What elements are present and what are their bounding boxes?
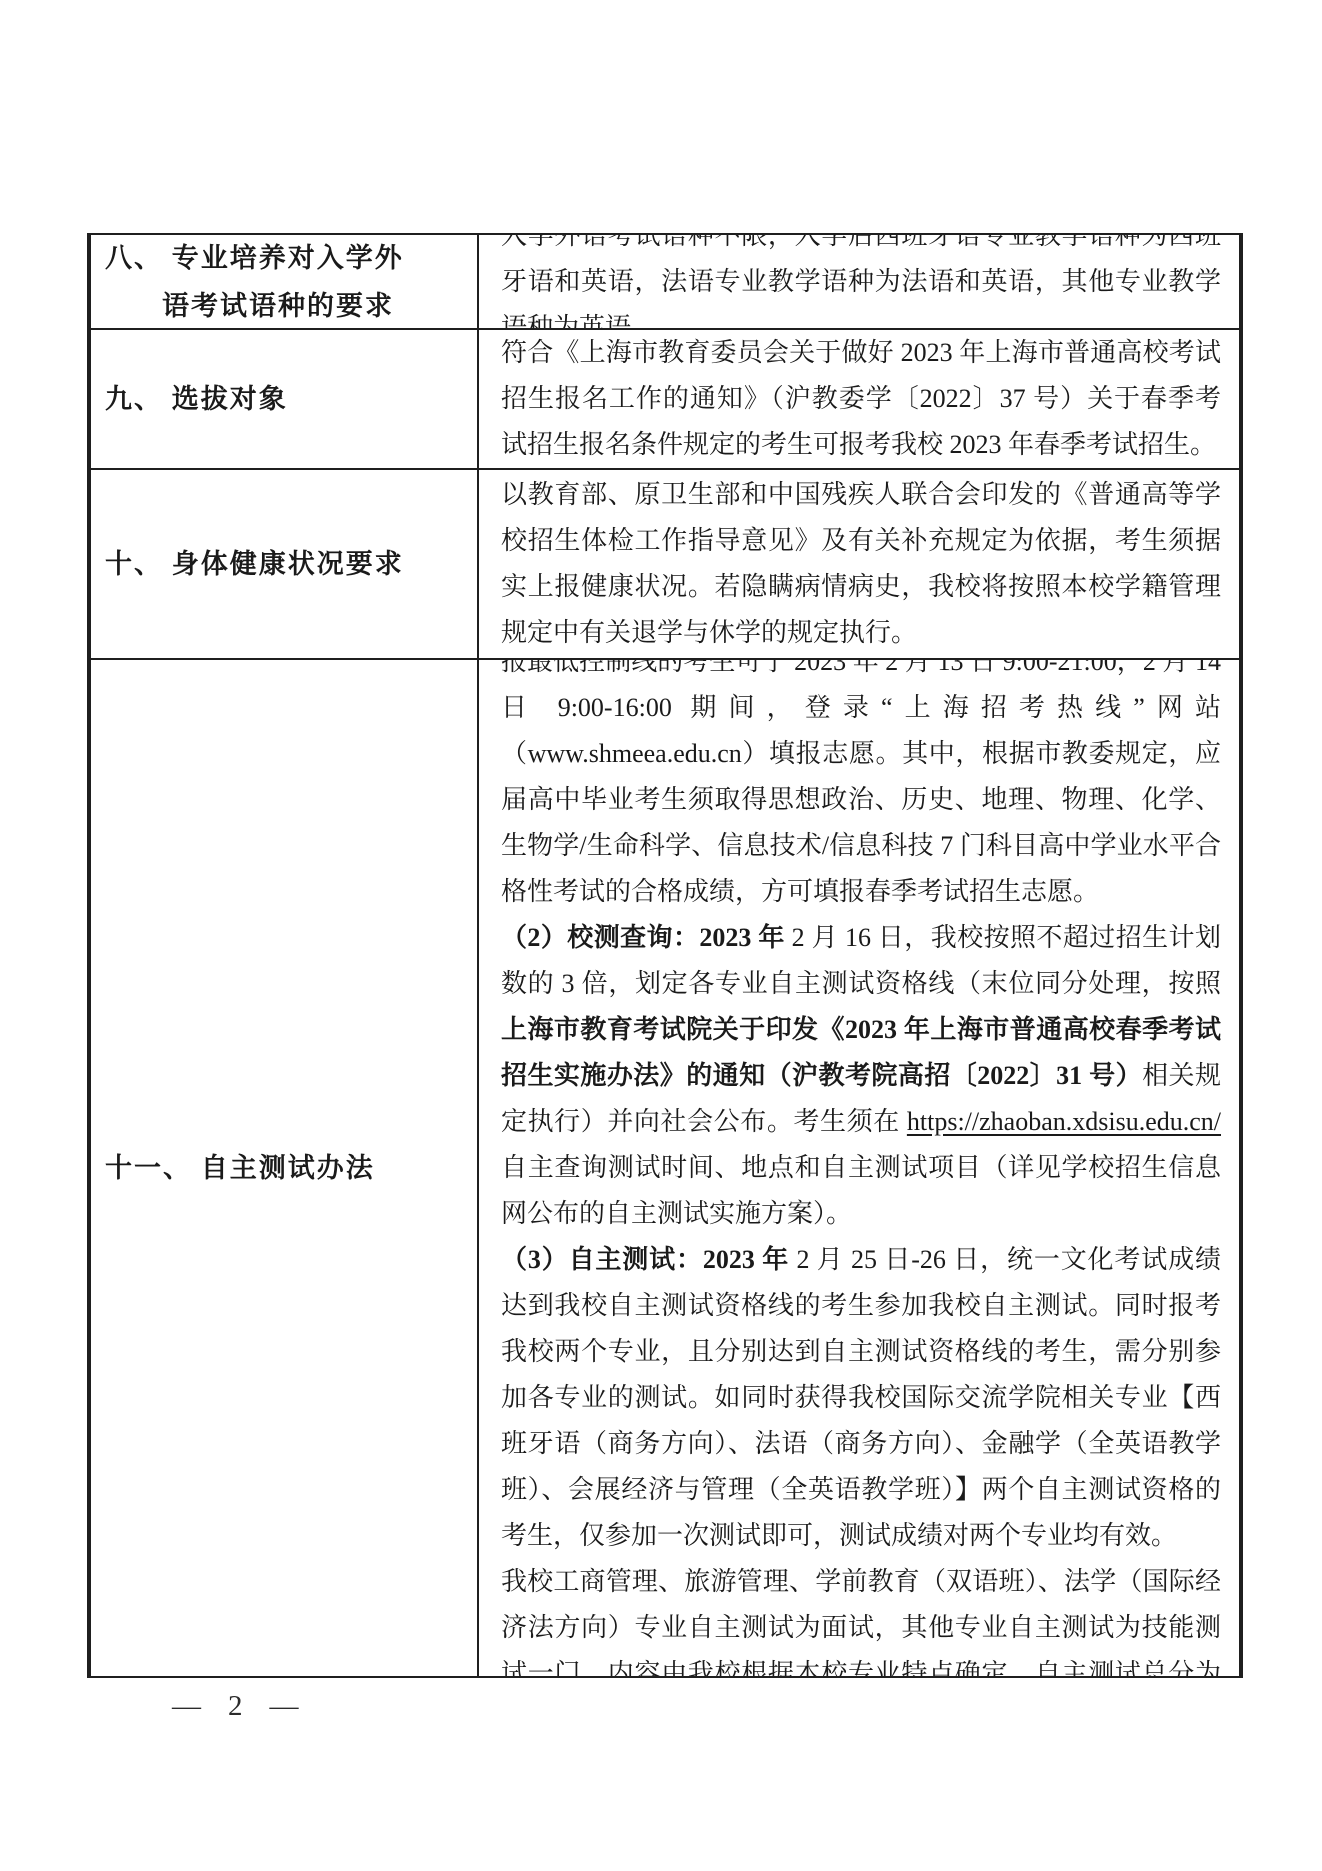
- text-segment: 2 月 25 日-26 日，统一文化考试成绩达到我校自主测试资格线的考生参加我校…: [501, 1245, 1221, 1550]
- row-header-text: 语考试语种的要求: [105, 282, 469, 330]
- row-header-text: 十一、 自主测试办法: [105, 1144, 469, 1192]
- row-header-cell: 九、 选拔对象: [91, 330, 479, 468]
- text-segment: 统一文化考试成绩总分达到本市公布的志愿填报最低控制线的考生可于 2023 年 2…: [501, 660, 1221, 906]
- content-paragraph: 以教育部、原卫生部和中国残疾人联合会印发的《普通高等学校招生体检工作指导意见》及…: [501, 472, 1221, 656]
- content-paragraph: 符合《上海市教育委员会关于做好 2023 年上海市普通高校考试招生报名工作的通知…: [501, 330, 1221, 468]
- footer-dash-right: —: [270, 1690, 299, 1723]
- footer-dash-left: —: [172, 1690, 201, 1723]
- row-header-text: 十、 身体健康状况要求: [105, 540, 469, 588]
- row-independent-test-method: 十一、 自主测试办法（1）考生报名：统一文化考试成绩总分达到本市公布的志愿填报最…: [91, 660, 1239, 1676]
- row-selection-targets: 九、 选拔对象符合《上海市教育委员会关于做好 2023 年上海市普通高校考试招生…: [91, 330, 1239, 470]
- document-table: 八、 专业培养对入学外语考试语种的要求入学外语考试语种不限，入学后西班牙语专业教…: [87, 233, 1243, 1678]
- text-segment: （2）校测查询：2023 年: [501, 923, 785, 952]
- text-segment: 上海市教育考试院关于印发《2023 年上海市普通高校春季考试招生实施办法》的通知…: [501, 1015, 1221, 1090]
- content-paragraph: 我校工商管理、旅游管理、学前教育（双语班）、法学（国际经济法方向）专业自主测试为…: [501, 1559, 1221, 1676]
- row-header-cell: 八、 专业培养对入学外语考试语种的要求: [91, 235, 479, 328]
- row-content-cell: 以教育部、原卫生部和中国残疾人联合会印发的《普通高等学校招生体检工作指导意见》及…: [479, 470, 1239, 658]
- row-health-requirement: 十、 身体健康状况要求以教育部、原卫生部和中国残疾人联合会印发的《普通高等学校招…: [91, 470, 1239, 660]
- page-footer: — 2 —: [172, 1690, 299, 1723]
- row-content-cell: 入学外语考试语种不限，入学后西班牙语专业教学语种为西班牙语和英语，法语专业教学语…: [479, 235, 1239, 328]
- text-segment: 以教育部、原卫生部和中国残疾人联合会印发的《普通高等学校招生体检工作指导意见》及…: [501, 480, 1221, 647]
- row-content-cell: 符合《上海市教育委员会关于做好 2023 年上海市普通高校考试招生报名工作的通知…: [479, 330, 1239, 468]
- text-segment: 自主查询测试时间、地点和自主测试项目（详见学校招生信息网公布的自主测试实施方案）…: [501, 1153, 1221, 1228]
- content-paragraph: （3）自主测试：2023 年 2 月 25 日-26 日，统一文化考试成绩达到我…: [501, 1237, 1221, 1559]
- text-segment: 我校工商管理、旅游管理、学前教育（双语班）、法学（国际经济法方向）专业自主测试为…: [501, 1567, 1221, 1676]
- zhaoban-url-link[interactable]: https://zhaoban.xdsisu.edu.cn/: [907, 1107, 1221, 1136]
- row-header-cell: 十、 身体健康状况要求: [91, 470, 479, 658]
- row-header-text: 八、 专业培养对入学外: [105, 235, 469, 282]
- text-segment: （3）自主测试：2023 年: [501, 1245, 789, 1274]
- content-paragraph: （1）考生报名：统一文化考试成绩总分达到本市公布的志愿填报最低控制线的考生可于 …: [501, 660, 1221, 915]
- content-paragraph: 入学外语考试语种不限，入学后西班牙语专业教学语种为西班牙语和英语，法语专业教学语…: [501, 235, 1221, 328]
- row-header-cell: 十一、 自主测试办法: [91, 660, 479, 1676]
- text-segment: 入学外语考试语种不限，入学后西班牙语专业教学语种为西班牙语和英语，法语专业教学语…: [501, 235, 1221, 328]
- content-paragraph: （2）校测查询：2023 年 2 月 16 日，我校按照不超过招生计划数的 3 …: [501, 915, 1221, 1237]
- row-content-cell: （1）考生报名：统一文化考试成绩总分达到本市公布的志愿填报最低控制线的考生可于 …: [479, 660, 1239, 1676]
- footer-page-number: 2: [228, 1690, 243, 1723]
- row-foreign-language-requirement: 八、 专业培养对入学外语考试语种的要求入学外语考试语种不限，入学后西班牙语专业教…: [91, 235, 1239, 330]
- text-segment: 符合《上海市教育委员会关于做好 2023 年上海市普通高校考试招生报名工作的通知…: [501, 338, 1221, 459]
- document-page: 八、 专业培养对入学外语考试语种的要求入学外语考试语种不限，入学后西班牙语专业教…: [0, 0, 1322, 1871]
- row-header-text: 九、 选拔对象: [105, 375, 469, 423]
